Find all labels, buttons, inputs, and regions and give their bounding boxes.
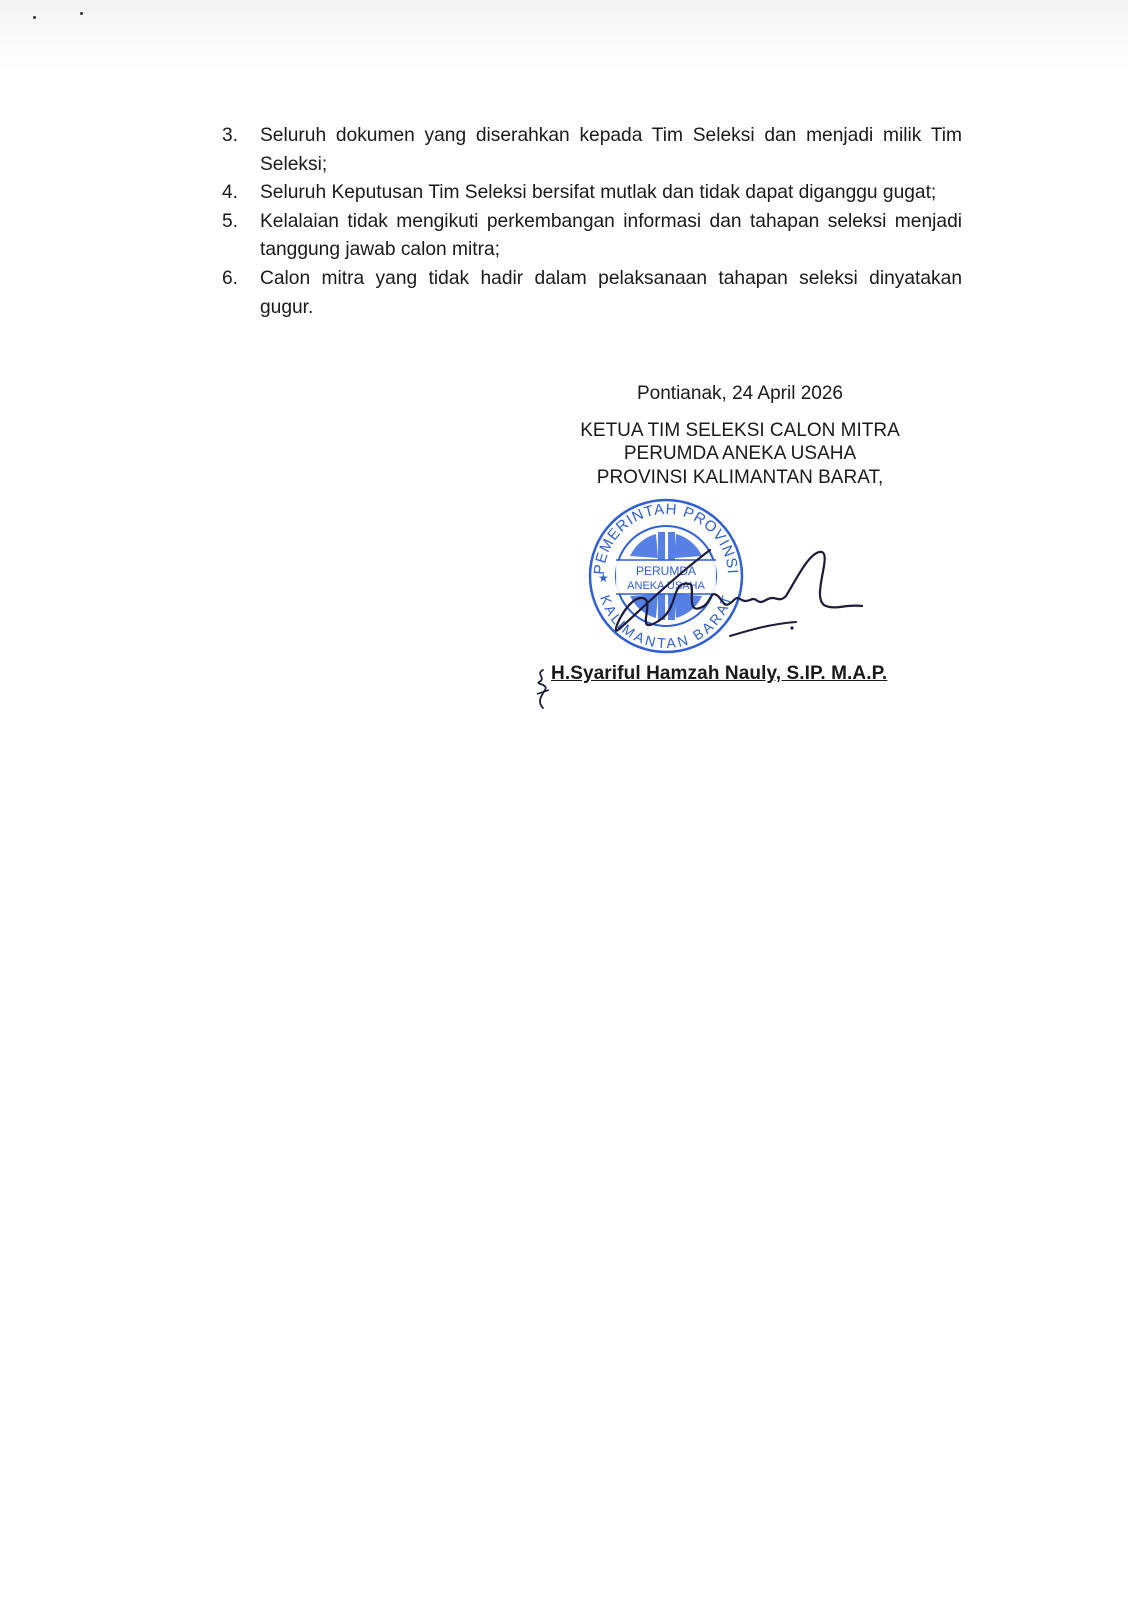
page-top-shade (0, 0, 1128, 70)
list-item: 4. Seluruh Keputusan Tim Seleksi bersifa… (222, 179, 962, 208)
list-item: 5. Kelalaian tidak mengikuti perkembanga… (222, 208, 962, 265)
paraf-initial-icon (533, 668, 553, 710)
signatory-title-line: PERUMDA ANEKA USAHA (540, 442, 940, 466)
list-item-text: Calon mitra yang tidak hadir dalam pelak… (260, 265, 962, 322)
signatory-title-line: KETUA TIM SELEKSI CALON MITRA (540, 419, 940, 443)
list-item-number: 3. (222, 122, 260, 179)
list-item-text: Seluruh dokumen yang diserahkan kepada T… (260, 122, 962, 179)
scan-speck (80, 12, 83, 15)
signatory-title-line: PROVINSI KALIMANTAN BARAT, (540, 466, 940, 490)
list-item: 6. Calon mitra yang tidak hadir dalam pe… (222, 265, 962, 322)
scan-speck (33, 16, 36, 19)
list-item-text: Seluruh Keputusan Tim Seleksi bersifat m… (260, 179, 962, 208)
list-item-text: Kelalaian tidak mengikuti perkembangan i… (260, 208, 962, 265)
handwritten-signature-icon (600, 540, 870, 650)
list-item: 3. Seluruh dokumen yang diserahkan kepad… (222, 122, 962, 179)
list-item-number: 5. (222, 208, 260, 265)
place-date: Pontianak, 24 April 2026 (540, 382, 940, 406)
requirements-list: 3. Seluruh dokumen yang diserahkan kepad… (222, 122, 962, 322)
signature-block: Pontianak, 24 April 2026 KETUA TIM SELEK… (540, 382, 940, 489)
list-item-number: 4. (222, 179, 260, 208)
signatory-name: H.Syariful Hamzah Nauly, S.IP. M.A.P. (551, 663, 887, 685)
list-item-number: 6. (222, 265, 260, 322)
